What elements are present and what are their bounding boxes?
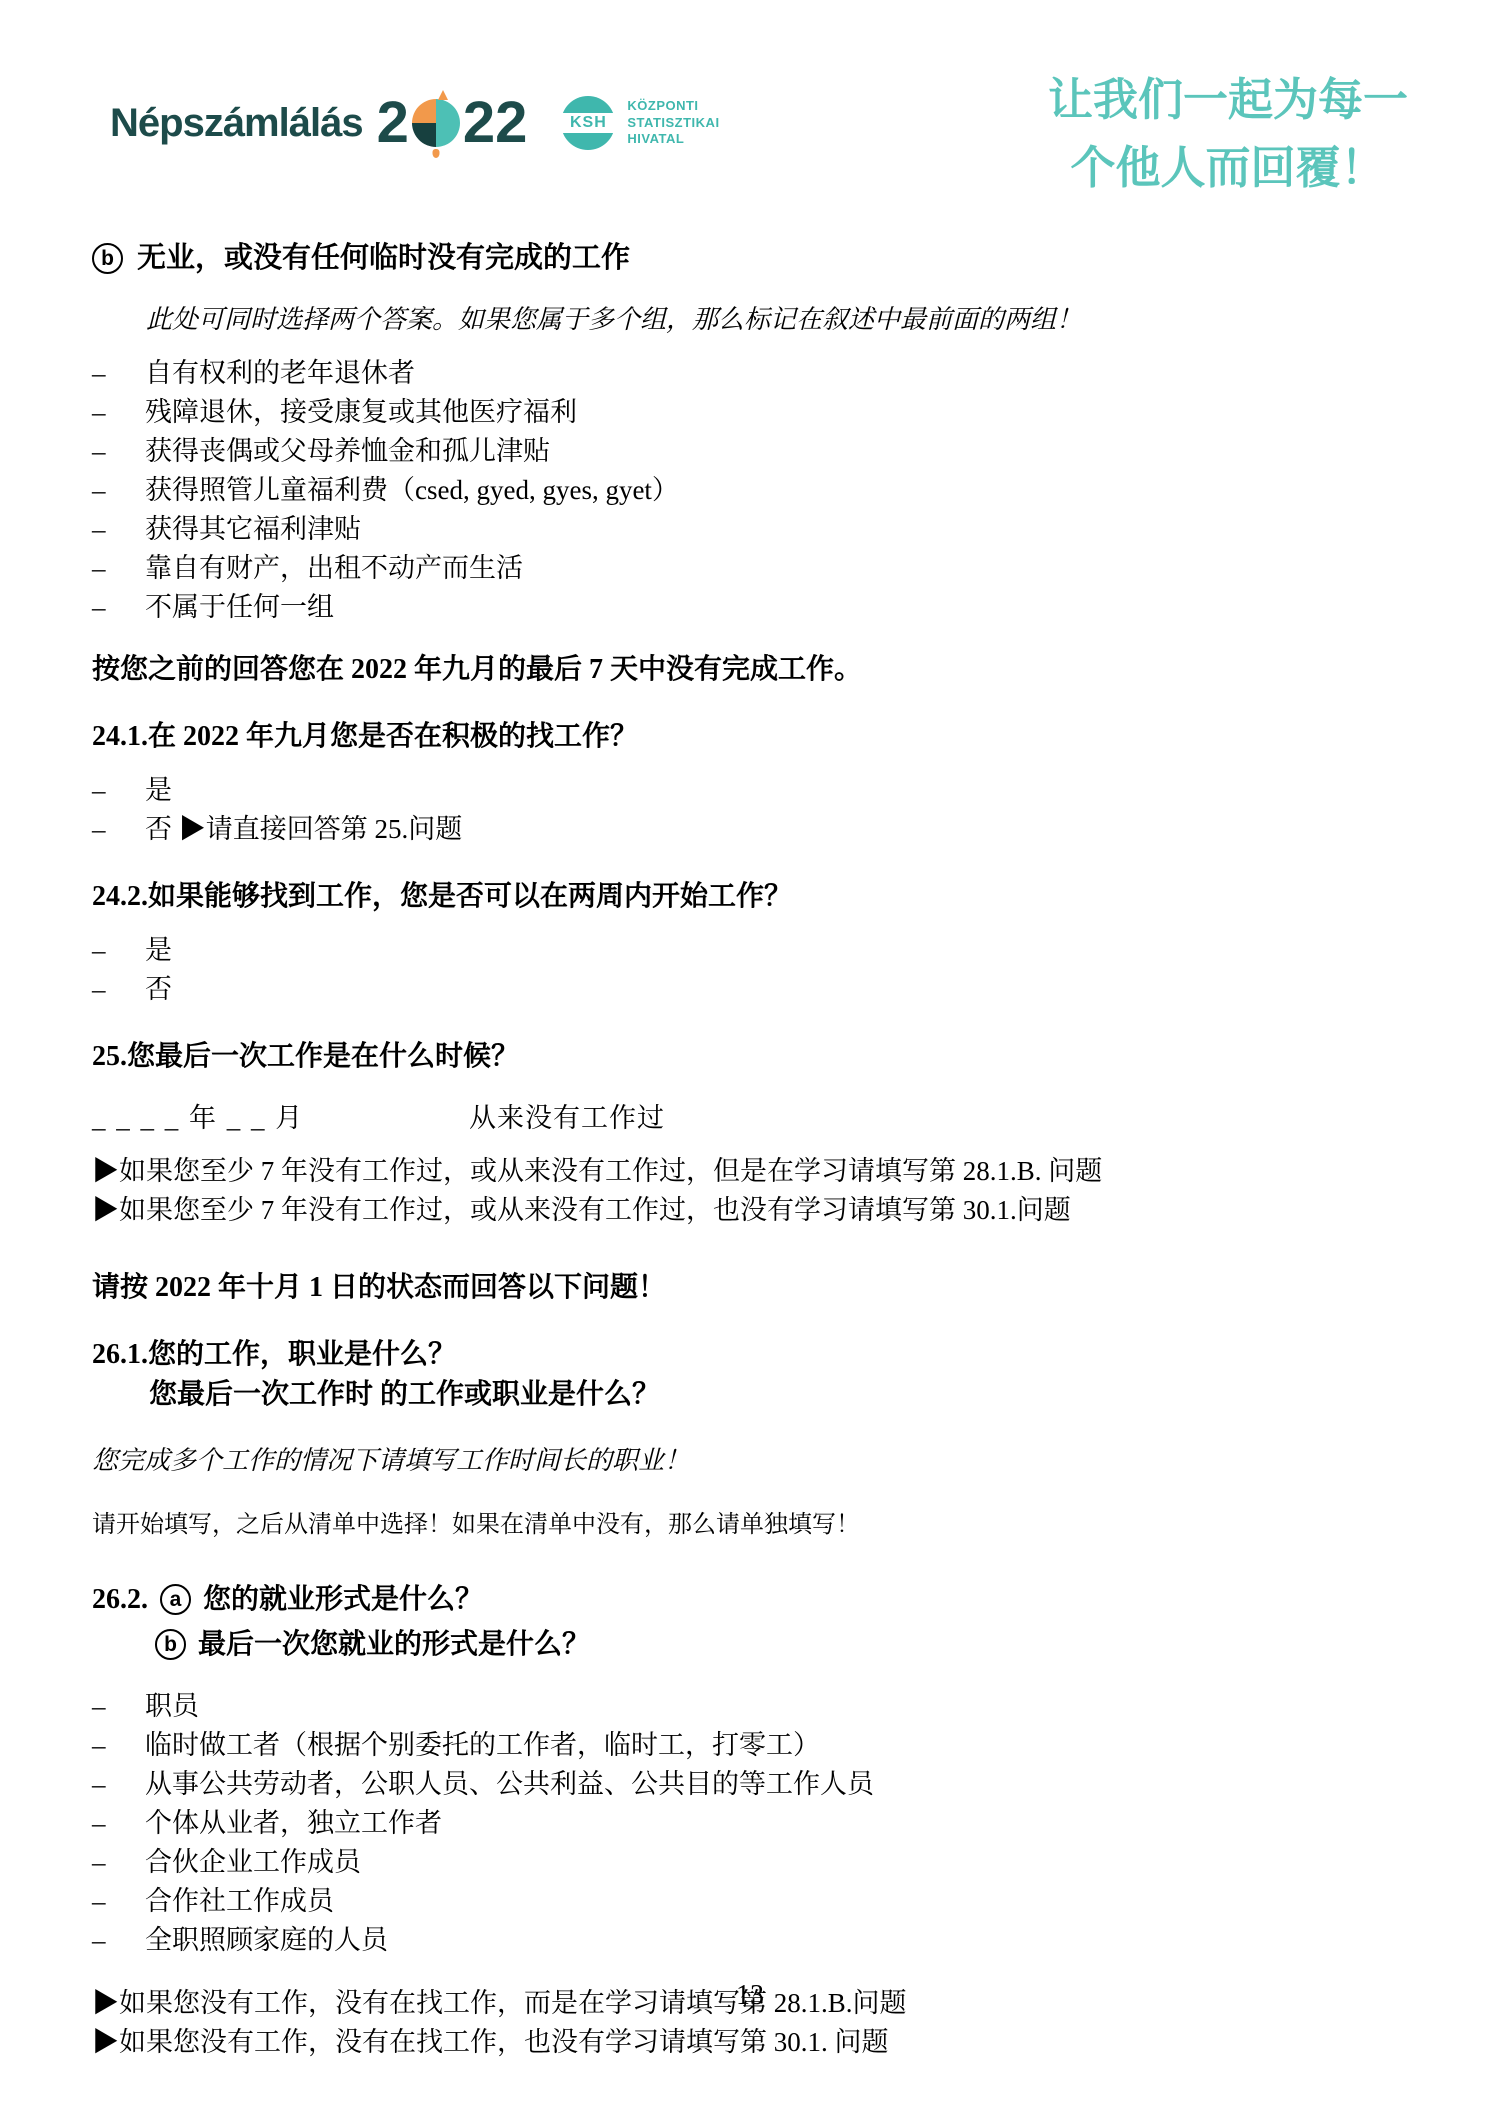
option-row: –是	[92, 931, 1408, 970]
option-row: –合作社工作成员	[92, 1882, 1408, 1921]
year-digit-pre: 2	[377, 94, 409, 152]
ksh-name-line3: HIVATAL	[627, 131, 684, 146]
option-label: 获得照管儿童福利费（csed, gyed, gyes, gyet）	[145, 471, 679, 510]
circled-b-icon: b	[92, 243, 123, 274]
ksh-full-name: KÖZPONTI STATISZTIKAI HIVATAL	[627, 98, 719, 149]
dash-bullet: –	[92, 354, 145, 393]
option-row: –靠自有财产，出租不动产而生活	[92, 549, 1408, 588]
dash-bullet: –	[92, 1765, 145, 1804]
section-b-italic-note: 此处可同时选择两个答案。如果您属于多个组，那么标记在叙述中最前面的两组！	[92, 300, 1408, 339]
slogan-line1: 让我们一起为每一	[1048, 74, 1408, 125]
ksh-logo: KSH KÖZPONTI STATISZTIKAI HIVATAL	[561, 96, 719, 150]
question-24-1-options: –是 –否 ▶请直接回答第 25.问题	[92, 771, 1408, 849]
option-row: –合伙企业工作成员	[92, 1843, 1408, 1882]
questionnaire-page: Népszámlálás 2 22 KSH KÖZPONTI STATISZTI…	[0, 0, 1500, 2121]
month-label: 月	[275, 1103, 304, 1133]
question-25-date-row: _ _ _ _ 年 _ _ 月 从来没有工作过	[92, 1099, 1408, 1138]
ksh-name-line2: STATISZTIKAI	[627, 115, 719, 130]
page-number: 13	[0, 1980, 1500, 2012]
section-b-options-list: –自有权利的老年退休者 –残障退休，接受康复或其他医疗福利 –获得丧偶或父母养恤…	[92, 354, 1408, 627]
dash-bullet: –	[92, 588, 145, 627]
year-2022: 2 22	[377, 94, 528, 152]
dash-bullet: –	[92, 510, 145, 549]
never-worked-option: 从来没有工作过	[469, 1103, 665, 1133]
dash-bullet: –	[92, 771, 145, 810]
question-26-2-line2: b 最后一次您就业的形式是什么？	[92, 1622, 1408, 1667]
option-label: 临时做工者（根据个别委托的工作者，临时工，打零工）	[145, 1726, 820, 1765]
ksh-band: KSH	[556, 113, 620, 133]
dash-bullet: –	[92, 393, 145, 432]
ksh-name-line1: KÖZPONTI	[627, 98, 698, 113]
option-label: 职员	[145, 1687, 199, 1726]
question-26-2-line1: 26.2. a 您的就业形式是什么？	[92, 1577, 1408, 1622]
option-row: –从事公共劳动者，公职人员、公共利益、公共目的等工作人员	[92, 1765, 1408, 1804]
option-label: 从事公共劳动者，公职人员、公共利益、公共目的等工作人员	[145, 1765, 874, 1804]
option-label: 获得丧偶或父母养恤金和孤儿津贴	[145, 432, 550, 471]
option-label: 靠自有财产，出租不动产而生活	[145, 549, 523, 588]
question-26-1-italic-note: 您完成多个工作的情况下请填写工作时间长的职业！	[92, 1441, 1408, 1480]
option-row: –职员	[92, 1687, 1408, 1726]
statement-october: 请按 2022 年十月 1 日的状态而回答以下问题！	[92, 1268, 1408, 1307]
option-row: –自有权利的老年退休者	[92, 354, 1408, 393]
dash-bullet: –	[92, 931, 145, 970]
option-label: 残障退休，接受康复或其他医疗福利	[145, 393, 577, 432]
month-blanks-field: _ _	[227, 1103, 267, 1133]
dash-bullet: –	[92, 1687, 145, 1726]
year-blanks-field: _ _ _ _ 年 _ _ 月	[92, 1103, 304, 1133]
campaign-slogan: 让我们一起为每一 个他人而回覆！	[1048, 66, 1408, 203]
dash-bullet: –	[92, 1804, 145, 1843]
question-26-2-line1-text: 您的就业形式是什么？	[203, 1577, 483, 1622]
year-label: 年	[189, 1103, 218, 1133]
option-label: 不属于任何一组	[145, 588, 334, 627]
circled-b-icon: b	[155, 1629, 186, 1660]
jump-note: ▶如果您至少 7 年没有工作过，或从来没有工作过，但是在学习请填写第 28.1.…	[92, 1152, 1408, 1191]
option-row: –不属于任何一组	[92, 588, 1408, 627]
option-label: 是	[145, 771, 172, 810]
dash-bullet: –	[92, 549, 145, 588]
option-label: 自有权利的老年退休者	[145, 354, 415, 393]
dash-bullet: –	[92, 1726, 145, 1765]
statement-september: 按您之前的回答您在 2022 年九月的最后 7 天中没有完成工作。	[92, 650, 1408, 689]
year-digits-post: 22	[463, 94, 528, 152]
brand-wordmark: Népszámlálás	[110, 101, 363, 146]
option-label: 合伙企业工作成员	[145, 1843, 361, 1882]
section-b-heading: b 无业，或没有任何临时没有完成的工作	[92, 239, 1408, 278]
question-26-2-line2-text: 最后一次您就业的形式是什么？	[198, 1622, 590, 1667]
section-b-title: 无业，或没有任何临时没有完成的工作	[137, 239, 630, 278]
option-label: 合作社工作成员	[145, 1882, 334, 1921]
question-26-1-line1: 26.1.您的工作，职业是什么？	[92, 1335, 1408, 1375]
dash-bullet: –	[92, 1921, 145, 1960]
page-header: Népszámlálás 2 22 KSH KÖZPONTI STATISZTI…	[0, 0, 1500, 203]
option-row: –获得照管儿童福利费（csed, gyed, gyes, gyet）	[92, 471, 1408, 510]
option-label: 否	[145, 970, 172, 1009]
dash-bullet: –	[92, 471, 145, 510]
question-26-1-instruction: 请开始填写，之后从清单中选择！如果在清单中没有，那么请单独填写！	[92, 1506, 1408, 1545]
option-label: 获得其它福利津贴	[145, 510, 361, 549]
option-row: –否 ▶请直接回答第 25.问题	[92, 810, 1408, 849]
ksh-circle-icon: KSH	[561, 96, 615, 150]
option-row: –获得丧偶或父母养恤金和孤儿津贴	[92, 432, 1408, 471]
circled-a-icon: a	[160, 1584, 191, 1615]
option-row: –临时做工者（根据个别委托的工作者，临时工，打零工）	[92, 1726, 1408, 1765]
jump-note: ▶如果您至少 7 年没有工作过，或从来没有工作过，也没有学习请填写第 30.1.…	[92, 1191, 1408, 1230]
option-row: –获得其它福利津贴	[92, 510, 1408, 549]
option-label: 是	[145, 931, 172, 970]
logo-group: Népszámlálás 2 22 KSH KÖZPONTI STATISZTI…	[110, 94, 720, 152]
question-24-1-title: 24.1.在 2022 年九月您是否在积极的找工作？	[92, 717, 1408, 756]
question-24-2-title: 24.2.如果能够找到工作，您是否可以在两周内开始工作？	[92, 877, 1408, 916]
jump-note: ▶如果您没有工作，没有在找工作，也没有学习请填写第 30.1. 问题	[92, 2023, 1408, 2062]
question-26-1-line2: 您最后一次工作时 的工作或职业是什么？	[92, 1375, 1408, 1415]
logo-pie-icon	[412, 99, 460, 147]
option-label: 个体从业者，独立工作者	[145, 1804, 442, 1843]
question-24-2-options: –是 –否	[92, 931, 1408, 1009]
option-label: 否 ▶请直接回答第 25.问题	[145, 810, 462, 849]
question-25-jump-notes: ▶如果您至少 7 年没有工作过，或从来没有工作过，但是在学习请填写第 28.1.…	[92, 1152, 1408, 1230]
slogan-line2: 个他人而回覆！	[1070, 142, 1385, 193]
page-content: b 无业，或没有任何临时没有完成的工作 此处可同时选择两个答案。如果您属于多个组…	[0, 239, 1500, 2062]
option-label: 全职照顾家庭的人员	[145, 1921, 388, 1960]
option-row: –是	[92, 771, 1408, 810]
dash-bullet: –	[92, 432, 145, 471]
dash-bullet: –	[92, 1882, 145, 1921]
question-25-title: 25.您最后一次工作是在什么时候？	[92, 1037, 1408, 1076]
option-row: –个体从业者，独立工作者	[92, 1804, 1408, 1843]
nepszamlalas-logo: Népszámlálás 2 22	[110, 94, 527, 152]
question-26-2-number: 26.2.	[92, 1577, 148, 1622]
question-26-1-title: 26.1.您的工作，职业是什么？ 您最后一次工作时 的工作或职业是什么？	[92, 1335, 1408, 1415]
question-26-2-title: 26.2. a 您的就业形式是什么？ b 最后一次您就业的形式是什么？	[92, 1577, 1408, 1667]
ksh-abbr: KSH	[570, 114, 607, 132]
dash-bullet: –	[92, 810, 145, 849]
option-row: –否	[92, 970, 1408, 1009]
question-26-2-options: –职员 –临时做工者（根据个别委托的工作者，临时工，打零工） –从事公共劳动者，…	[92, 1687, 1408, 1960]
option-row: –残障退休，接受康复或其他医疗福利	[92, 393, 1408, 432]
option-row: –全职照顾家庭的人员	[92, 1921, 1408, 1960]
dash-bullet: –	[92, 1843, 145, 1882]
dash-bullet: –	[92, 970, 145, 1009]
